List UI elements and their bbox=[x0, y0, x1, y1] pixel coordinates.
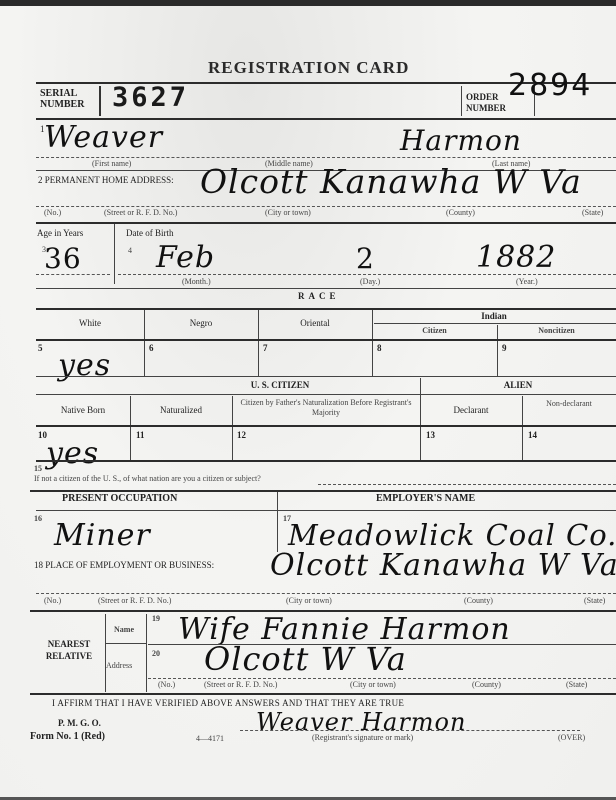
race-indian-citizen-label: Citizen bbox=[372, 326, 497, 335]
field-number: 6 bbox=[149, 343, 154, 353]
divider bbox=[30, 490, 616, 492]
occupation-value: Miner bbox=[54, 518, 151, 553]
race-indian-label: Indian bbox=[372, 311, 616, 321]
divider bbox=[36, 339, 616, 341]
employment-caption-city: (City or town) bbox=[286, 596, 332, 605]
relative-caption-no: (No.) bbox=[158, 680, 175, 689]
race-negro-label: Negro bbox=[144, 318, 258, 328]
naturalized-label: Naturalized bbox=[130, 405, 232, 415]
form-line-2: Form No. 1 (Red) bbox=[30, 731, 105, 742]
divider bbox=[36, 510, 616, 511]
race-oriental-label: Oriental bbox=[258, 318, 372, 328]
over-label: (OVER) bbox=[558, 733, 585, 742]
field-number: 19 bbox=[152, 614, 160, 623]
divider bbox=[118, 274, 616, 275]
relative-caption-street: (Street or R. F. D. No.) bbox=[204, 680, 277, 689]
birth-month: Feb bbox=[156, 240, 215, 275]
relative-caption-state: (State) bbox=[566, 680, 587, 689]
divider bbox=[36, 157, 616, 158]
nearest-relative-label-2: RELATIVE bbox=[34, 650, 104, 662]
q15-text: If not a citizen of the U. S., of what n… bbox=[34, 474, 261, 483]
form-code: 4—4171 bbox=[196, 734, 224, 743]
field-number: 14 bbox=[528, 430, 537, 440]
first-name: Weaver bbox=[44, 120, 163, 155]
birth-day: 2 bbox=[356, 242, 375, 275]
relative-caption-county: (County) bbox=[472, 680, 501, 689]
field-number: 7 bbox=[263, 343, 268, 353]
divider bbox=[105, 643, 146, 644]
field-number: 4 bbox=[128, 246, 132, 255]
employment-place-label: 18 PLACE OF EMPLOYMENT OR BUSINESS: bbox=[34, 560, 214, 570]
birth-year: 1882 bbox=[476, 240, 556, 275]
divider bbox=[148, 678, 616, 679]
day-caption: (Day.) bbox=[360, 277, 380, 286]
card-title: REGISTRATION CARD bbox=[208, 58, 409, 78]
alien-heading: ALIEN bbox=[420, 380, 616, 390]
divider bbox=[36, 425, 616, 427]
serial-label-1: SERIAL bbox=[40, 88, 84, 99]
order-label-1: ORDER bbox=[466, 92, 506, 103]
order-number: 2894 bbox=[508, 68, 592, 103]
divider bbox=[36, 394, 616, 395]
divider bbox=[420, 378, 421, 460]
address-value: Olcott Kanawha W Va bbox=[200, 162, 582, 201]
nearest-relative-label-1: NEAREST bbox=[34, 638, 104, 650]
employment-caption-street: (Street or R. F. D. No.) bbox=[98, 596, 171, 605]
address-label: 2 PERMANENT HOME ADDRESS: bbox=[38, 175, 174, 185]
divider bbox=[277, 492, 278, 552]
form-line-1: P. M. G. O. bbox=[58, 718, 101, 728]
registration-card: REGISTRATION CARD SERIAL NUMBER 3627 ORD… bbox=[0, 0, 616, 800]
divider bbox=[105, 614, 106, 692]
divider bbox=[36, 288, 616, 289]
address-caption-no: (No.) bbox=[44, 208, 61, 217]
race-white-value: yes bbox=[58, 348, 111, 383]
citizen-by-father-label: Citizen by Father's Naturalization Befor… bbox=[236, 398, 416, 418]
divider bbox=[99, 86, 101, 116]
divider bbox=[318, 484, 616, 485]
field-number: 11 bbox=[136, 430, 145, 440]
address-caption-state: (State) bbox=[582, 208, 603, 217]
us-citizen-heading: U. S. CITIZEN bbox=[130, 380, 430, 390]
employment-caption-county: (County) bbox=[464, 596, 493, 605]
field-number: 8 bbox=[377, 343, 382, 353]
nearest-relative-label: NEAREST RELATIVE bbox=[34, 638, 104, 662]
serial-label: SERIAL NUMBER bbox=[40, 88, 84, 110]
divider bbox=[36, 460, 616, 462]
divider bbox=[36, 274, 110, 275]
divider bbox=[36, 593, 616, 594]
field-number: 9 bbox=[502, 343, 507, 353]
divider bbox=[36, 308, 616, 310]
address-caption-city: (City or town) bbox=[265, 208, 311, 217]
relative-caption-city: (City or town) bbox=[350, 680, 396, 689]
divider bbox=[461, 86, 462, 116]
signature-caption: (Registrant's signature or mark) bbox=[312, 733, 413, 742]
affirmation-text: I AFFIRM THAT I HAVE VERIFIED ABOVE ANSW… bbox=[52, 698, 404, 708]
order-label: ORDER NUMBER bbox=[466, 92, 506, 114]
divider bbox=[36, 206, 616, 207]
year-caption: (Year.) bbox=[516, 277, 538, 286]
employment-place-value: Olcott Kanawha W Va bbox=[270, 548, 616, 583]
first-name-caption: (First name) bbox=[92, 159, 131, 168]
occupation-heading: PRESENT OCCUPATION bbox=[62, 493, 177, 504]
non-declarant-label: Non-declarant bbox=[524, 399, 614, 409]
field-number: 20 bbox=[152, 649, 160, 658]
relative-address-value: Olcott W Va bbox=[204, 640, 407, 678]
divider bbox=[36, 376, 616, 377]
field-number: 13 bbox=[426, 430, 435, 440]
order-label-2: NUMBER bbox=[466, 103, 506, 114]
registrant-signature: Weaver Harmon bbox=[256, 708, 466, 736]
field-number: 12 bbox=[237, 430, 246, 440]
last-name: Harmon bbox=[400, 124, 522, 157]
field-number: 16 bbox=[34, 514, 42, 523]
address-caption-county: (County) bbox=[446, 208, 475, 217]
field-number: 5 bbox=[38, 343, 43, 353]
divider bbox=[240, 730, 580, 731]
employment-caption-state: (State) bbox=[584, 596, 605, 605]
divider bbox=[232, 396, 233, 460]
divider bbox=[114, 224, 115, 284]
age-value: 36 bbox=[44, 242, 82, 275]
relative-address-label: Address bbox=[106, 661, 132, 670]
dob-label: Date of Birth bbox=[126, 228, 174, 238]
relative-name-label: Name bbox=[114, 625, 134, 634]
employer-value: Meadowlick Coal Co. bbox=[288, 518, 616, 552]
address-caption-street: (Street or R. F. D. No.) bbox=[104, 208, 177, 217]
serial-number: 3627 bbox=[112, 82, 189, 113]
native-born-label: Native Born bbox=[36, 405, 130, 415]
native-born-value: yes bbox=[46, 436, 99, 471]
divider bbox=[522, 396, 523, 460]
declarant-label: Declarant bbox=[420, 405, 522, 415]
divider bbox=[30, 693, 616, 695]
month-caption: (Month.) bbox=[182, 277, 211, 286]
serial-label-2: NUMBER bbox=[40, 99, 84, 110]
scan-border-top bbox=[0, 0, 616, 6]
divider bbox=[146, 614, 147, 692]
divider bbox=[374, 323, 616, 324]
race-indian-noncitizen-label: Noncitizen bbox=[497, 326, 616, 335]
field-number: 15 bbox=[34, 464, 42, 473]
employment-caption-no: (No.) bbox=[44, 596, 61, 605]
race-heading: RACE bbox=[298, 291, 340, 301]
race-white-label: White bbox=[36, 318, 144, 328]
age-label: Age in Years bbox=[37, 228, 83, 238]
employer-heading: EMPLOYER'S NAME bbox=[376, 493, 475, 504]
divider bbox=[36, 222, 616, 224]
